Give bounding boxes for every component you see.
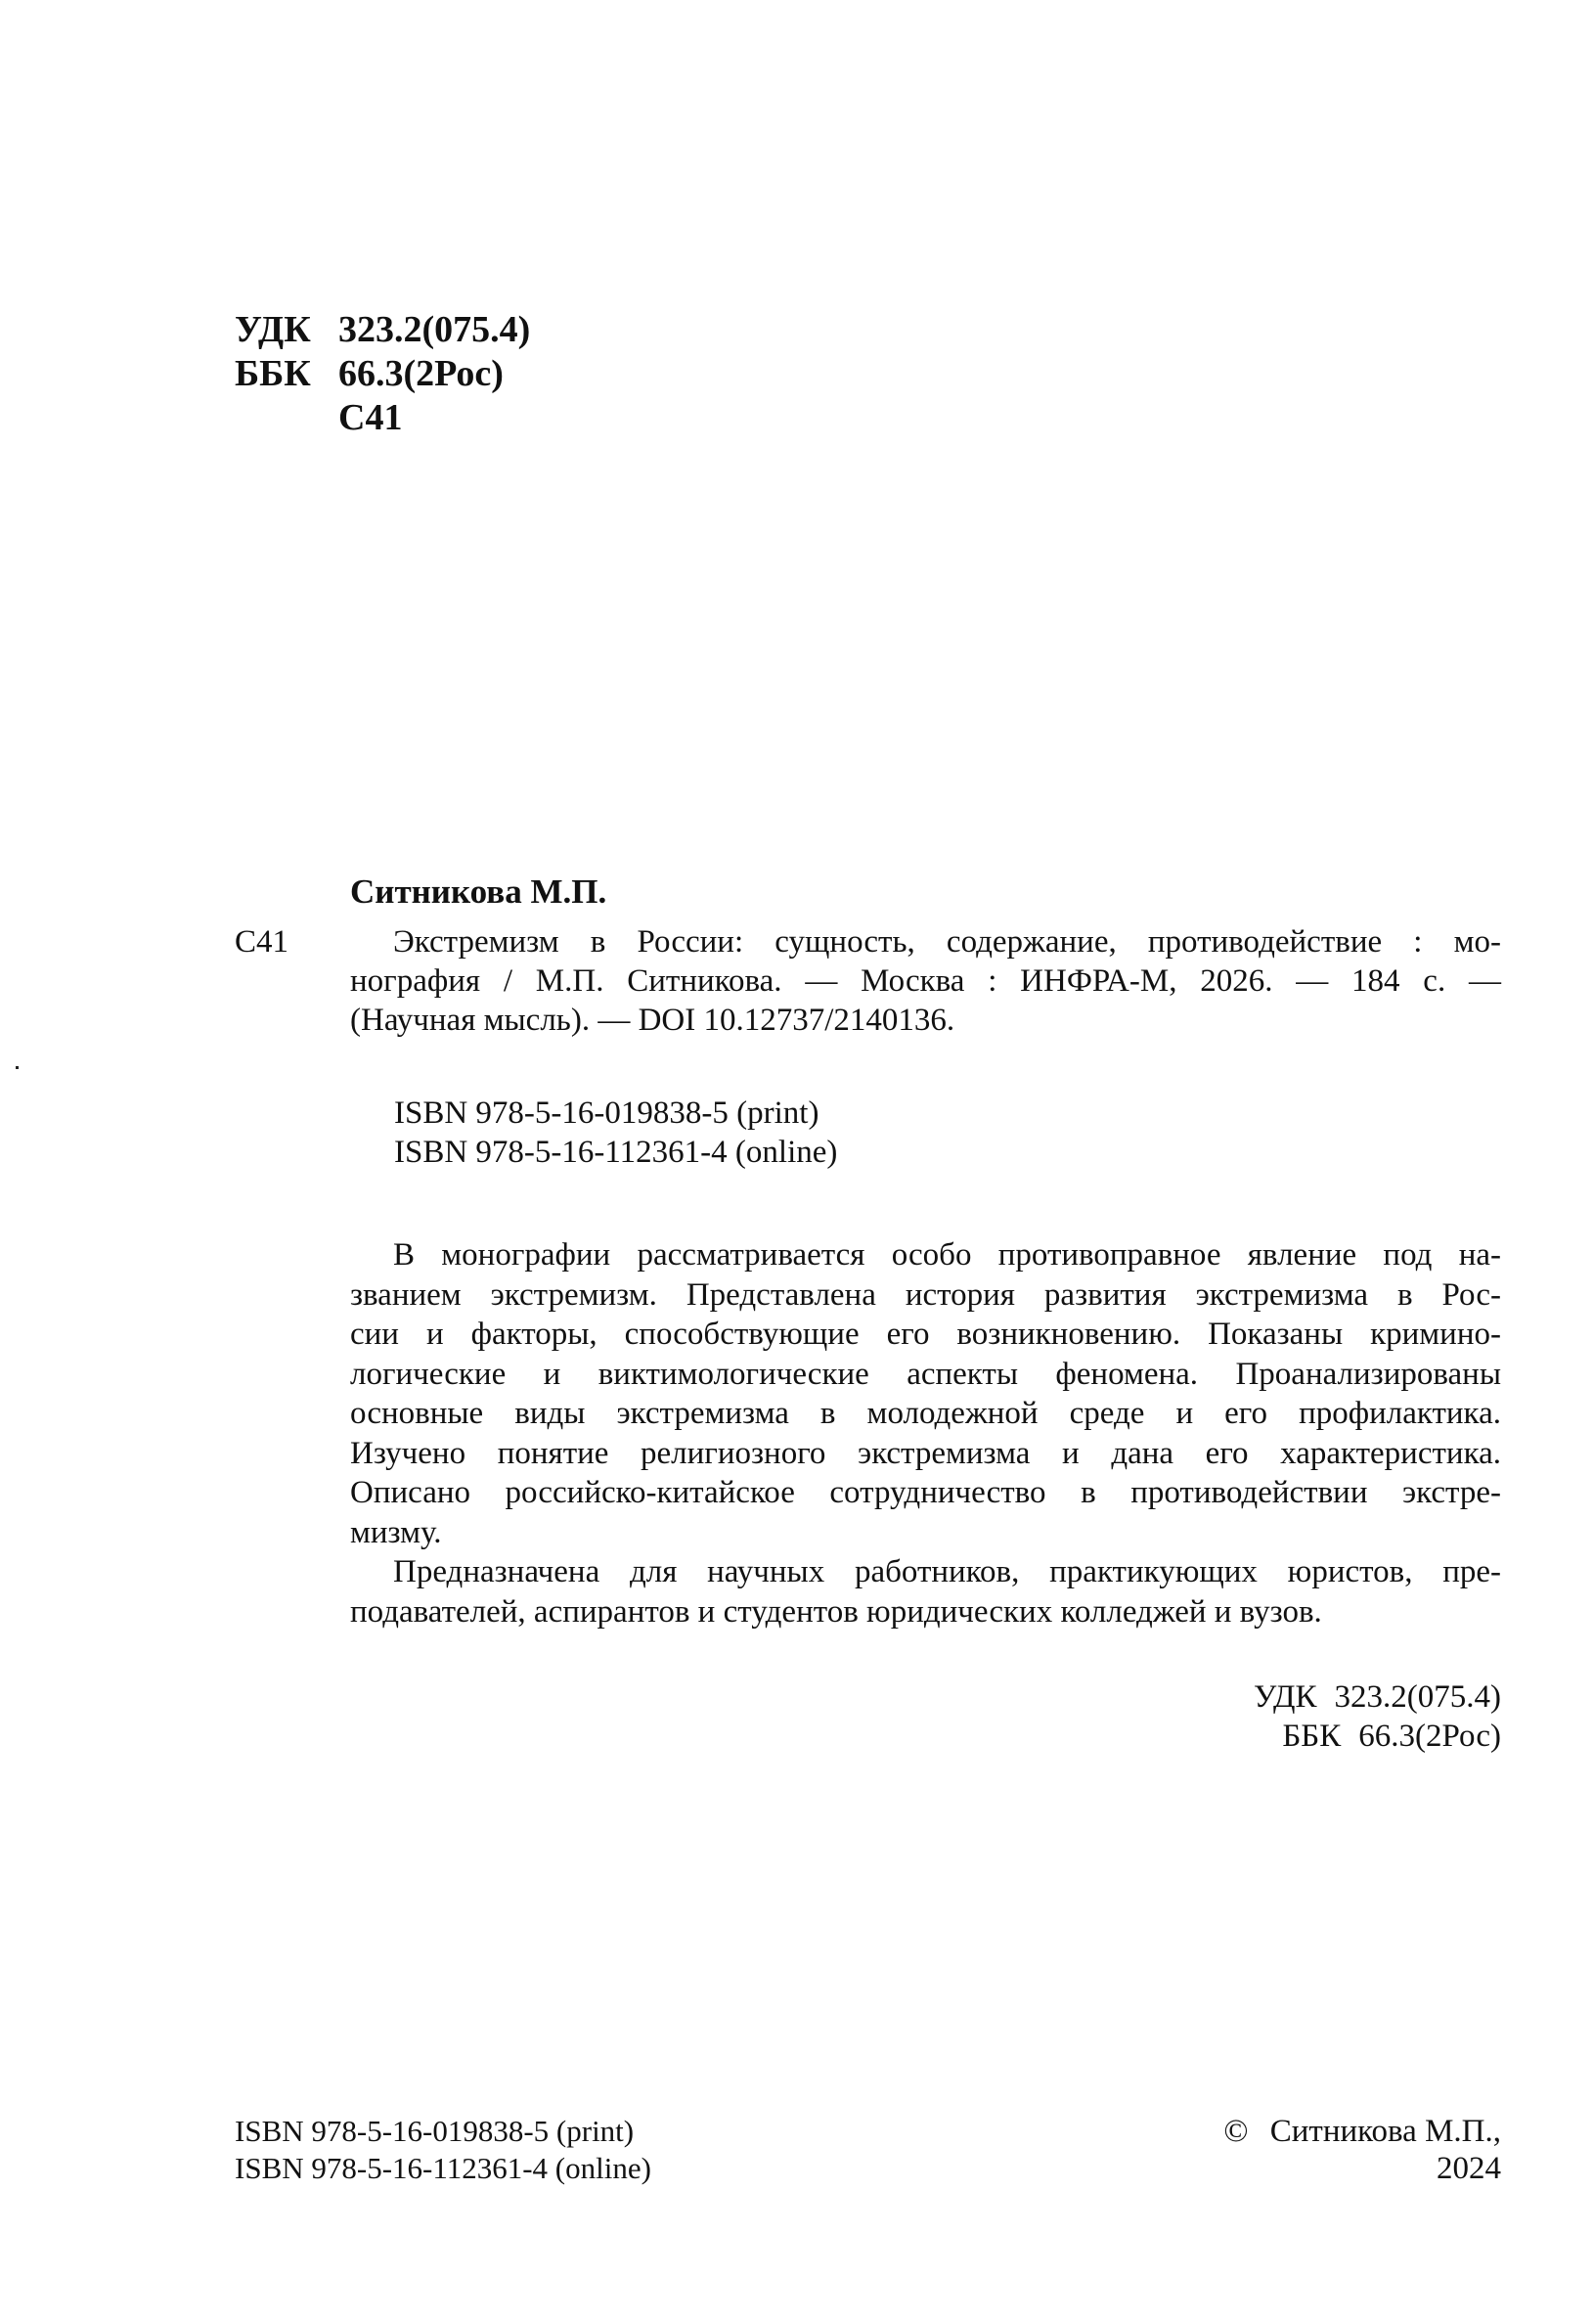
udk-row-bottom: УДК 323.2(075.4) [1254,1677,1501,1717]
bibliographic-description: Экстремизм в России: сущность, содержани… [350,922,1501,1040]
annotation-line: подавателей, аспирантов и студентов юрид… [350,1592,1501,1632]
annotation-line: В монографии рассматривается особо проти… [350,1235,1501,1275]
isbn-list: ISBN 978-5-16-019838-5 (print) ISBN 978-… [394,1094,837,1172]
copyright-notice: © Ситникова М.П., 2024 [1223,2113,1501,2187]
biblio-line: Экстремизм в России: сущность, содержани… [350,922,1501,961]
udk-label: УДК [1254,1677,1317,1717]
footer-isbn-online: ISBN 978-5-16-112361-4 (online) [235,2150,651,2187]
copyright-icon: © [1223,2114,1248,2149]
annotation-line: мизму. [350,1513,1501,1553]
bbk-label: ББК [235,352,338,396]
udk-value: 323.2(075.4) [338,308,530,352]
annotation-line: Описано российско-китайское сотрудничест… [350,1473,1501,1513]
bbk-row-bottom: ББК 66.3(2Рос) [1254,1717,1501,1756]
udk-label: УДК [235,308,338,352]
udk-row: УДК 323.2(075.4) [235,308,530,352]
bbk-label: ББК [1282,1717,1341,1756]
footer-isbn-print: ISBN 978-5-16-019838-5 (print) [235,2113,651,2150]
author-mark-side: С41 [235,922,288,961]
footer-isbn-list: ISBN 978-5-16-019838-5 (print) ISBN 978-… [235,2113,651,2187]
annotation-line: Изучено понятие религиозного экстремизма… [350,1434,1501,1474]
annotation-line: званием экстремизм. Представлена история… [350,1275,1501,1316]
isbn-online: ISBN 978-5-16-112361-4 (online) [394,1133,837,1172]
annotation: В монографии рассматривается особо проти… [350,1235,1501,1631]
annotation-line: основные виды экстремизма в молодежной с… [350,1394,1501,1434]
author-mark-top: С41 [235,396,530,440]
author-mark-text: С41 [338,396,402,440]
classification-block-bottom: УДК 323.2(075.4) ББК 66.3(2Рос) [1254,1677,1501,1756]
classification-block-top: УДК 323.2(075.4) ББК 66.3(2Рос) С41 [235,308,530,440]
annotation-line: логические и виктимологические аспекты ф… [350,1355,1501,1395]
author-heading: Ситникова М.П. [350,872,606,912]
annotation-line: Предназначена для научных работников, пр… [350,1552,1501,1592]
bbk-value: 66.3(2Рос) [1358,1717,1501,1756]
udk-value: 323.2(075.4) [1335,1677,1501,1717]
isbn-print: ISBN 978-5-16-019838-5 (print) [394,1094,837,1133]
copyright-holder: Ситникова М.П., [1270,2114,1501,2149]
copyright-year: 2024 [1223,2150,1501,2187]
bbk-row: ББК 66.3(2Рос) [235,352,530,396]
biblio-line: нография / М.П. Ситникова. — Москва : ИН… [350,961,1501,1001]
scan-artifact [16,1066,19,1069]
bbk-value: 66.3(2Рос) [338,352,504,396]
biblio-line: (Научная мысль). — DOI 10.12737/2140136. [350,1001,1501,1040]
annotation-line: сии и факторы, способствующие его возник… [350,1315,1501,1355]
